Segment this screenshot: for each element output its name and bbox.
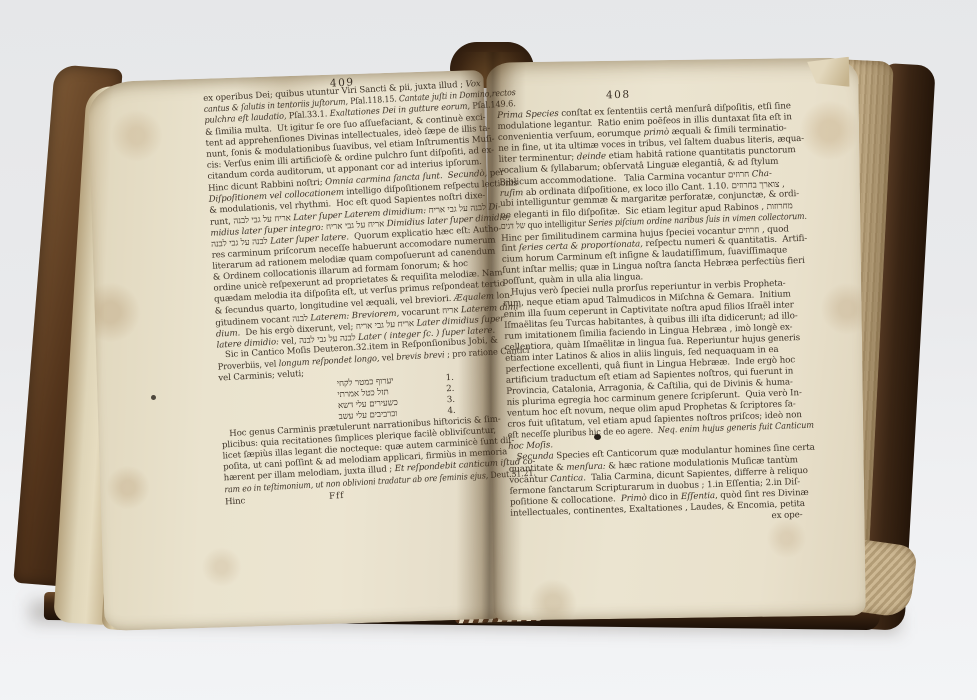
- right-page-lines: Prima Species conſtat ex ſententiis cert…: [497, 101, 820, 520]
- book-photograph: 409 408 ex operibus Dei; quibus utuntur …: [0, 0, 977, 700]
- ink-spot: [151, 395, 156, 400]
- ink-spot: [594, 434, 601, 440]
- left-page-text-block: ex operibus Dei; quibus utuntur Viri San…: [203, 77, 541, 508]
- right-page-number: 408: [606, 89, 631, 102]
- catchword: ex ope-: [771, 510, 802, 521]
- gathering-signature: Fff: [329, 491, 345, 502]
- right-page-text-block: Prima Species conſtat ex ſententiis cert…: [497, 101, 821, 531]
- left-page-lines: ex operibus Dei; quibus utuntur Viri San…: [203, 77, 534, 385]
- catchword: Hinc: [225, 496, 246, 507]
